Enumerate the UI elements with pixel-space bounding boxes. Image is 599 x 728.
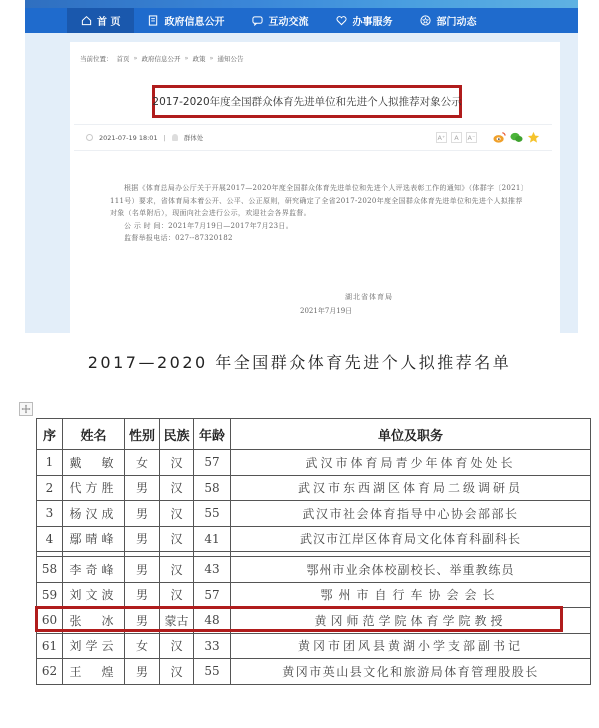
webpage-screenshot: 首 页 政府信息公开 互动交流 办事服务 部门动态 当前位置： 首页 » 政府信… <box>25 0 578 333</box>
cell-unit: 黄冈师范学院体育学院教授 <box>231 608 591 634</box>
article-meta-bar: 2021-07-19 18:01 | 群体处 A⁺ A A⁻ <box>74 124 552 151</box>
cell-unit: 鄂州市业余体校副校长、举重教练员 <box>231 557 591 583</box>
nav-label: 部门动态 <box>436 13 476 28</box>
cell-gender: 男 <box>125 526 160 552</box>
cell-name: 刘文波 <box>63 582 125 608</box>
table-header-row: 序 姓名 性别 民族 年龄 单位及职务 <box>37 419 591 450</box>
cell-no: 4 <box>37 526 63 552</box>
main-nav: 首 页 政府信息公开 互动交流 办事服务 部门动态 <box>25 8 578 33</box>
font-size-small-button[interactable]: A⁻ <box>466 132 477 143</box>
cell-gender: 男 <box>125 608 160 634</box>
article-title-highlight: 2017-2020年度全国群众体育先进单位和先进个人拟推荐对象公示 <box>152 85 462 118</box>
cell-name: 杨汉成 <box>63 501 125 527</box>
header-gender: 性别 <box>125 419 160 450</box>
cell-ethnicity: 汉 <box>160 557 194 583</box>
cell-ethnicity: 汉 <box>160 582 194 608</box>
table-row: 2 代方胜 男 汉 58 武汉市东西湖区体育局二级调研员 <box>37 475 591 501</box>
publish-date: 2021-07-19 18:01 <box>99 134 158 142</box>
cell-no: 1 <box>37 450 63 476</box>
cell-unit: 鄂州市自行车协会会长 <box>231 582 591 608</box>
breadcrumb-home[interactable]: 首页 <box>117 54 130 63</box>
header-ethnicity: 民族 <box>160 419 194 450</box>
body-paragraph-phone: 监督举报电话：027--87320182 <box>110 232 525 245</box>
article-panel: 当前位置： 首页 » 政府信息公开 » 政策 » 通知公告 2017-2020年… <box>70 42 560 333</box>
nav-item-services[interactable]: 办事服务 <box>322 8 406 33</box>
wechat-icon[interactable] <box>510 131 523 144</box>
roster-table: 序 姓名 性别 民族 年龄 单位及职务 1 戴 敏 女 汉 57 武汉市体育局青… <box>36 418 591 685</box>
breadcrumb-gov-info[interactable]: 政府信息公开 <box>141 54 180 63</box>
cell-age: 57 <box>194 582 231 608</box>
signature-org: 湖北省体育局 <box>345 292 393 302</box>
cell-gender: 男 <box>125 501 160 527</box>
cell-gender: 女 <box>125 633 160 659</box>
cell-ethnicity: 汉 <box>160 450 194 476</box>
cell-unit: 武汉市社会体育指导中心协会部部长 <box>231 501 591 527</box>
cell-ethnicity: 汉 <box>160 526 194 552</box>
meta-divider: | <box>164 134 166 142</box>
cell-no: 60 <box>37 608 63 634</box>
table-move-handle[interactable] <box>19 402 33 416</box>
body-paragraph-period: 公 示 时 间：2021年7月19日—2017年7月23日。 <box>110 220 525 233</box>
nav-item-gov-info[interactable]: 政府信息公开 <box>134 8 238 33</box>
font-size-large-button[interactable]: A⁺ <box>436 132 447 143</box>
nav-item-home[interactable]: 首 页 <box>67 8 134 33</box>
cell-no: 61 <box>37 633 63 659</box>
cell-unit: 武汉市体育局青少年体育处处长 <box>231 450 591 476</box>
header-age: 年龄 <box>194 419 231 450</box>
nav-item-dept-news[interactable]: 部门动态 <box>406 8 490 33</box>
weibo-icon[interactable] <box>493 131 506 144</box>
nav-label: 政府信息公开 <box>164 13 224 28</box>
list-title: 2017—2020 年全国群众体育先进个人拟推荐名单 <box>0 350 599 373</box>
cell-ethnicity: 汉 <box>160 659 194 685</box>
cell-name: 代方胜 <box>63 475 125 501</box>
breadcrumb: 当前位置： 首页 » 政府信息公开 » 政策 » 通知公告 <box>80 54 243 63</box>
article-body: 根据《体育总局办公厅关于开展2017—2020年度全国群众体育先进单位和先进个人… <box>110 182 525 245</box>
nav-item-interaction[interactable]: 互动交流 <box>238 8 322 33</box>
cell-no: 62 <box>37 659 63 685</box>
cell-age: 58 <box>194 475 231 501</box>
clock-icon <box>86 134 93 141</box>
cell-gender: 男 <box>125 659 160 685</box>
cell-ethnicity: 蒙古 <box>160 608 194 634</box>
cell-no: 3 <box>37 501 63 527</box>
header-unit: 单位及职务 <box>231 419 591 450</box>
cell-name: 张 冰 <box>63 608 125 634</box>
table-row: 59 刘文波 男 汉 57 鄂州市自行车协会会长 <box>37 582 591 608</box>
article-source: 群体处 <box>184 133 204 142</box>
breadcrumb-policy[interactable]: 政策 <box>192 54 205 63</box>
cell-name: 戴 敏 <box>63 450 125 476</box>
nav-label: 首 页 <box>97 13 120 28</box>
cell-age: 43 <box>194 557 231 583</box>
cell-no: 59 <box>37 582 63 608</box>
cell-no: 2 <box>37 475 63 501</box>
table-row: 62 王 煌 男 汉 55 黄冈市英山县文化和旅游局体育管理股股长 <box>37 659 591 685</box>
table-row: 61 刘学云 女 汉 33 黄冈市团风县黄湖小学支部副书记 <box>37 633 591 659</box>
nav-label: 互动交流 <box>268 13 308 28</box>
cell-age: 55 <box>194 501 231 527</box>
star-circle-icon <box>420 15 431 26</box>
cell-name: 鄢晴峰 <box>63 526 125 552</box>
home-icon <box>81 15 92 26</box>
cell-name: 王 煌 <box>63 659 125 685</box>
heart-icon <box>336 15 347 26</box>
favorite-star-icon[interactable] <box>527 131 540 144</box>
user-icon <box>172 134 178 141</box>
cell-age: 41 <box>194 526 231 552</box>
cell-name: 李奇峰 <box>63 557 125 583</box>
cell-age: 55 <box>194 659 231 685</box>
breadcrumb-separator: » <box>134 54 138 63</box>
cell-no: 58 <box>37 557 63 583</box>
signature-date: 2021年7月19日 <box>300 306 352 316</box>
cell-unit: 武汉市东西湖区体育局二级调研员 <box>231 475 591 501</box>
cell-gender: 男 <box>125 557 160 583</box>
cell-unit: 黄冈市团风县黄湖小学支部副书记 <box>231 633 591 659</box>
cell-gender: 男 <box>125 582 160 608</box>
cell-age: 57 <box>194 450 231 476</box>
move-icon <box>21 404 31 414</box>
article-title: 2017-2020年度全国群众体育先进单位和先进个人拟推荐对象公示 <box>152 94 461 109</box>
font-size-medium-button[interactable]: A <box>451 132 462 143</box>
cell-age: 48 <box>194 608 231 634</box>
document-icon <box>148 15 159 26</box>
header-name: 姓名 <box>63 419 125 450</box>
cell-ethnicity: 汉 <box>160 633 194 659</box>
breadcrumb-separator: » <box>184 54 188 63</box>
table-row: 4 鄢晴峰 男 汉 41 武汉市江岸区体育局文化体育科副科长 <box>37 526 591 552</box>
breadcrumb-separator: » <box>209 54 213 63</box>
cell-name: 刘学云 <box>63 633 125 659</box>
cell-ethnicity: 汉 <box>160 501 194 527</box>
chat-icon <box>252 15 263 26</box>
table-row-highlighted: 60 张 冰 男 蒙古 48 黄冈师范学院体育学院教授 <box>37 608 591 634</box>
breadcrumb-notices[interactable]: 通知公告 <box>217 54 243 63</box>
table-row: 3 杨汉成 男 汉 55 武汉市社会体育指导中心协会部部长 <box>37 501 591 527</box>
cell-gender: 女 <box>125 450 160 476</box>
table-row: 58 李奇峰 男 汉 43 鄂州市业余体校副校长、举重教练员 <box>37 557 591 583</box>
cell-gender: 男 <box>125 475 160 501</box>
cell-unit: 黄冈市英山县文化和旅游局体育管理股股长 <box>231 659 591 685</box>
cell-age: 33 <box>194 633 231 659</box>
body-paragraph: 根据《体育总局办公厅关于开展2017—2020年度全国群众体育先进单位和先进个人… <box>110 182 525 220</box>
header-no: 序 <box>37 419 63 450</box>
table-row: 1 戴 敏 女 汉 57 武汉市体育局青少年体育处处长 <box>37 450 591 476</box>
cell-unit: 武汉市江岸区体育局文化体育科副科长 <box>231 526 591 552</box>
breadcrumb-prefix: 当前位置： <box>80 54 113 63</box>
nav-label: 办事服务 <box>352 13 392 28</box>
cell-ethnicity: 汉 <box>160 475 194 501</box>
